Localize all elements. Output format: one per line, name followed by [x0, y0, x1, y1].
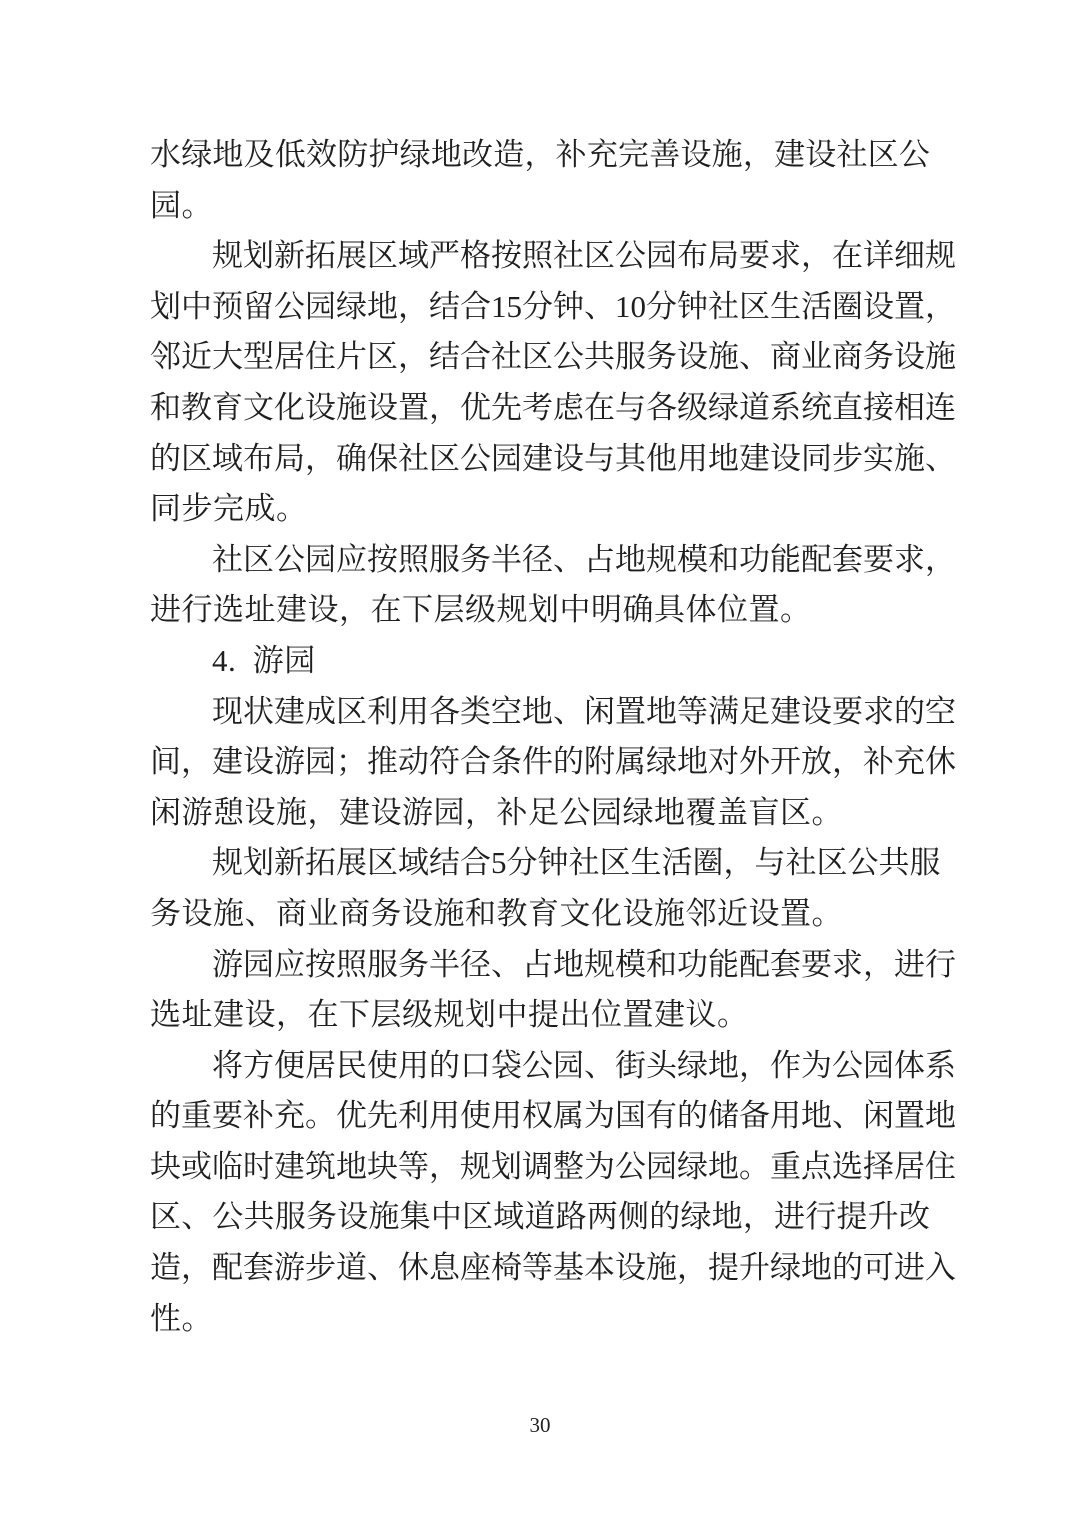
text-line: 和教育文化设施设置，优先考虑在与各级绿道系统直接相连	[150, 383, 930, 434]
text-line: 将方便居民使用的口袋公园、街头绿地，作为公园体系	[150, 1041, 930, 1092]
page-footer: 30	[150, 1412, 930, 1438]
text-line: 水绿地及低效防护绿地改造，补充完善设施，建设社区公	[150, 130, 930, 181]
text-line: 务设施、商业商务设施和教育文化设施邻近设置。	[150, 889, 930, 940]
paragraph: 规划新拓展区域结合5分钟社区生活圈，与社区公共服 务设施、商业商务设施和教育文化…	[150, 838, 930, 939]
text-line: 进行选址建设，在下层级规划中明确具体位置。	[150, 585, 930, 636]
text-line: 选址建设，在下层级规划中提出位置建议。	[150, 990, 930, 1041]
text-line: 游园应按照服务半径、占地规模和功能配套要求，进行	[150, 940, 930, 991]
paragraph: 4. 游园	[150, 636, 930, 687]
text-line: 同步完成。	[150, 484, 930, 535]
page-number: 30	[530, 1413, 551, 1437]
text-line: 块或临时建筑地块等，规划调整为公园绿地。重点选择居住	[150, 1142, 930, 1193]
text-line: 规划新拓展区域严格按照社区公园布局要求，在详细规	[150, 231, 930, 282]
text-line: 社区公园应按照服务半径、占地规模和功能配套要求，	[150, 535, 930, 586]
paragraph: 现状建成区利用各类空地、闲置地等满足建设要求的空 间，建设游园；推动符合条件的附…	[150, 687, 930, 839]
text-line: 造，配套游步道、休息座椅等基本设施，提升绿地的可进入	[150, 1243, 930, 1294]
text-line: 闲游憩设施，建设游园，补足公园绿地覆盖盲区。	[150, 788, 930, 839]
text-line: 区、公共服务设施集中区域道路两侧的绿地，进行提升改	[150, 1192, 930, 1243]
text-line: 的区域布局，确保社区公园建设与其他用地建设同步实施、	[150, 434, 930, 485]
paragraph: 将方便居民使用的口袋公园、街头绿地，作为公园体系 的重要补充。优先利用使用权属为…	[150, 1041, 930, 1345]
text-line: 现状建成区利用各类空地、闲置地等满足建设要求的空	[150, 687, 930, 738]
document-page: 水绿地及低效防护绿地改造，补充完善设施，建设社区公 园。 规划新拓展区域严格按照…	[0, 0, 1074, 1520]
text-line: 的重要补充。优先利用使用权属为国有的储备用地、闲置地	[150, 1091, 930, 1142]
paragraph: 水绿地及低效防护绿地改造，补充完善设施，建设社区公 园。	[150, 130, 930, 231]
paragraph: 规划新拓展区域严格按照社区公园布局要求，在详细规 划中预留公园绿地，结合15分钟…	[150, 231, 930, 535]
text-line: 划中预留公园绿地，结合15分钟、10分钟社区生活圈设置，	[150, 282, 930, 333]
paragraph: 游园应按照服务半径、占地规模和功能配套要求，进行 选址建设，在下层级规划中提出位…	[150, 940, 930, 1041]
section-heading: 4. 游园	[150, 636, 930, 687]
text-line: 园。	[150, 181, 930, 232]
text-line: 性。	[150, 1294, 930, 1345]
body-text: 水绿地及低效防护绿地改造，补充完善设施，建设社区公 园。 规划新拓展区域严格按照…	[150, 130, 930, 1344]
paragraph: 社区公园应按照服务半径、占地规模和功能配套要求， 进行选址建设，在下层级规划中明…	[150, 535, 930, 636]
text-line: 邻近大型居住片区，结合社区公共服务设施、商业商务设施	[150, 332, 930, 383]
text-line: 间，建设游园；推动符合条件的附属绿地对外开放，补充休	[150, 737, 930, 788]
text-line: 规划新拓展区域结合5分钟社区生活圈，与社区公共服	[150, 838, 930, 889]
